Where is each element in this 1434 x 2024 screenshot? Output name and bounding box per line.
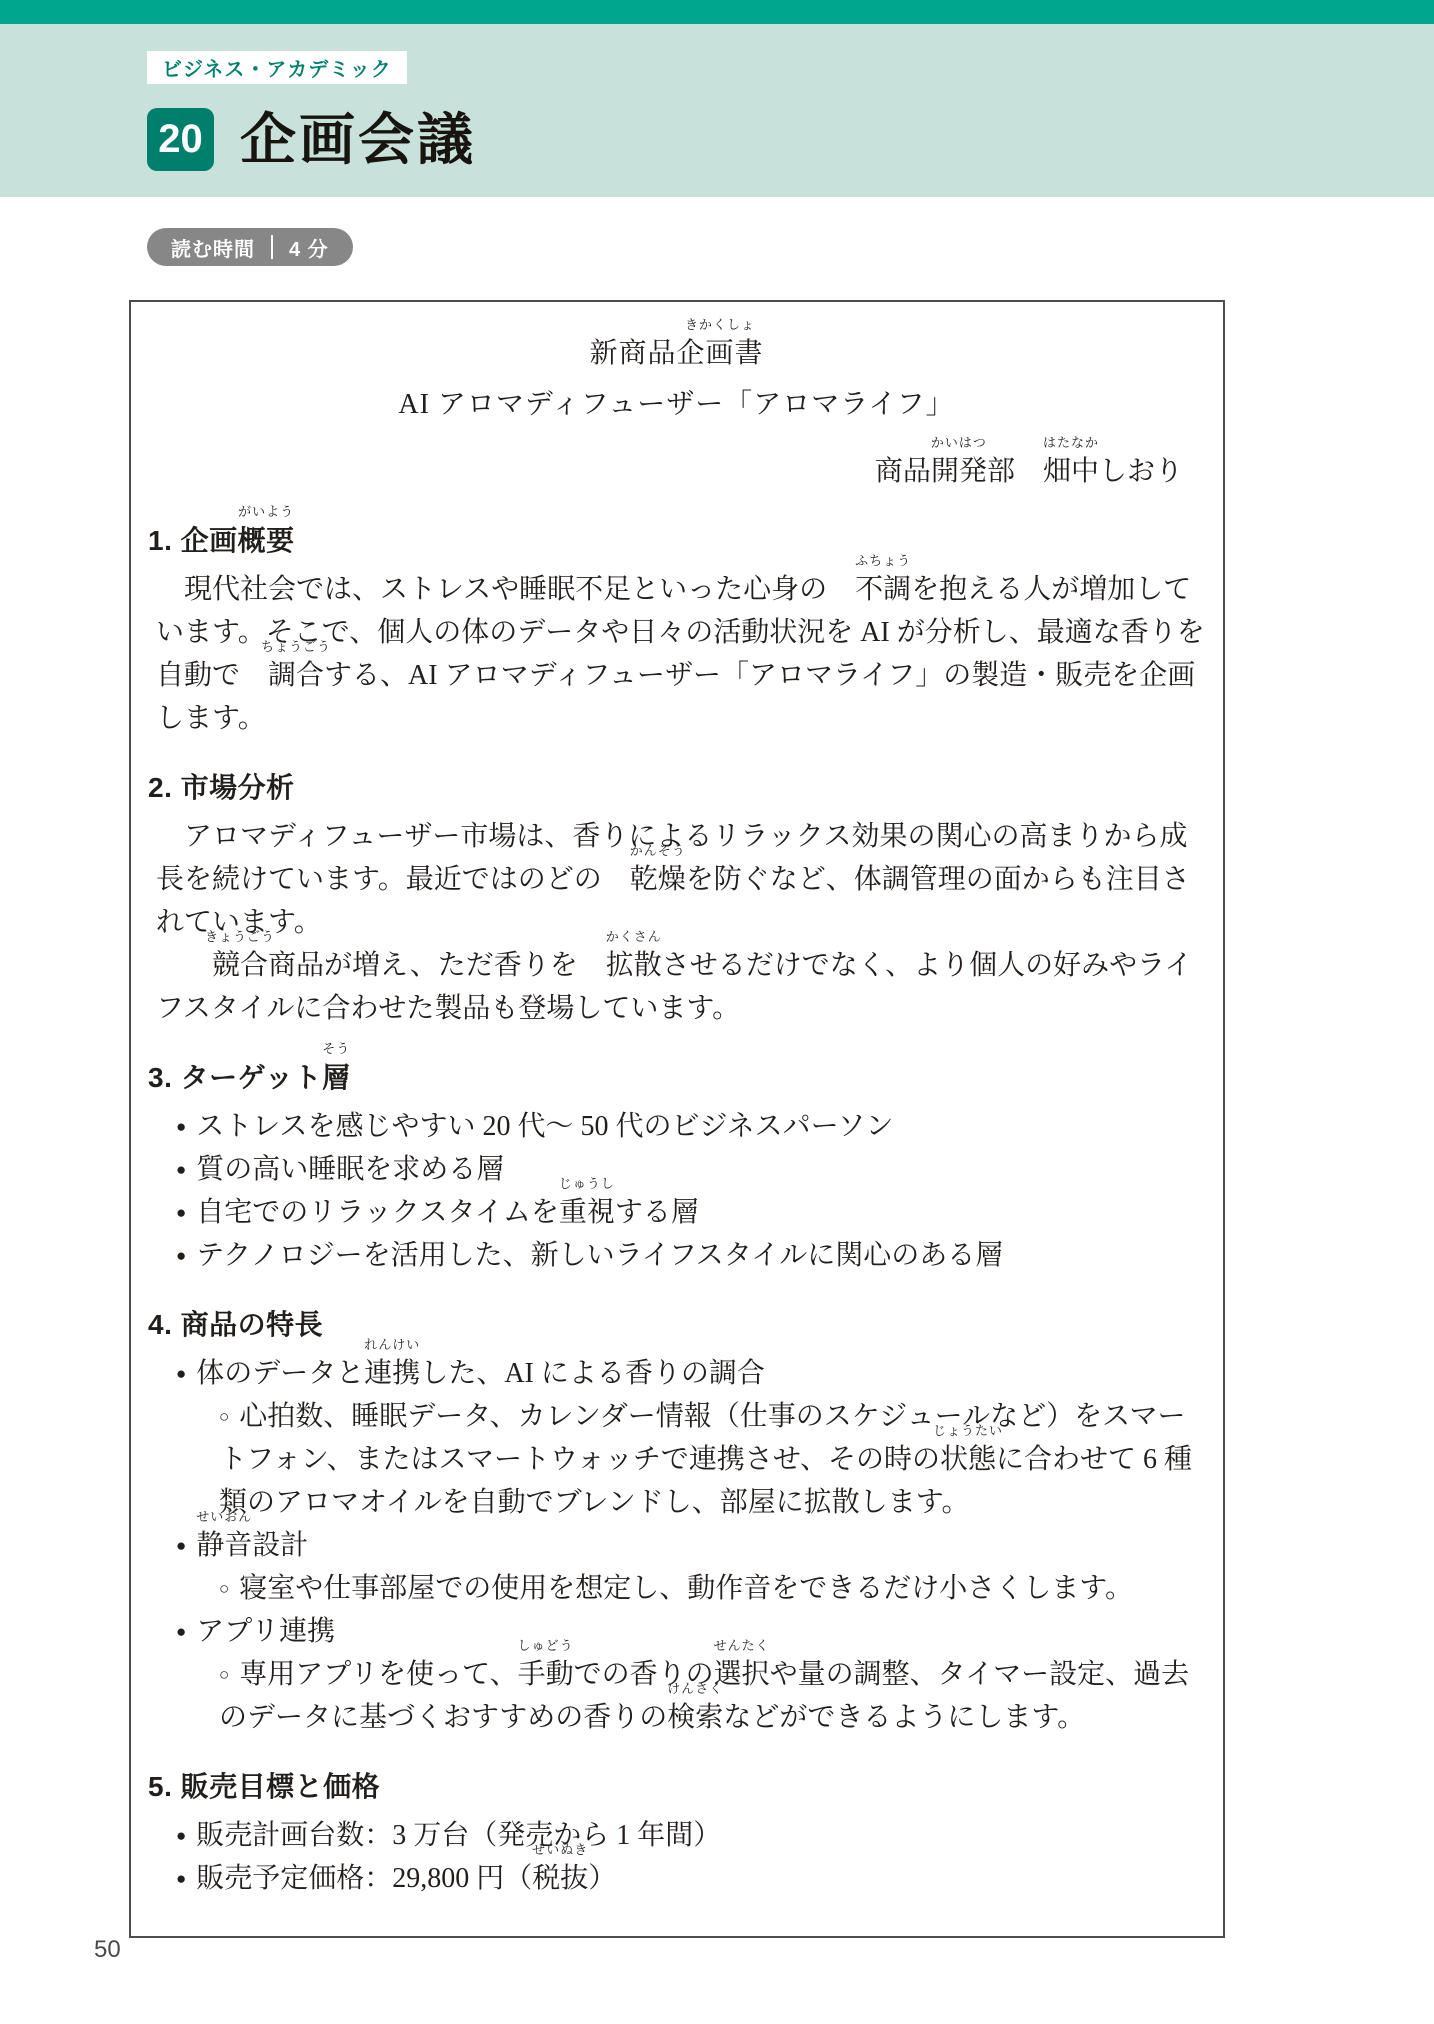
top-accent-bar (0, 0, 1434, 24)
lesson-header: 20 企画会議 (147, 108, 476, 171)
furigana: そう (322, 1042, 350, 1055)
bullet-item: ●体のデータとれんけい連携した、AI による香りの調合 (176, 1352, 1205, 1395)
ruby-word: れんけい連携 (364, 1352, 420, 1395)
bullet-item: ●アプリ連携 (176, 1610, 1205, 1653)
bullet-marker-icon: ● (176, 1246, 186, 1265)
doc-section: 1. 企画がいよう概要現代社会では、ストレスや睡眠不足といった心身のふちょう不調… (148, 519, 1205, 740)
lesson-number-badge: 20 (147, 108, 214, 171)
ruby-word: きかくしょ企画書 (677, 332, 764, 375)
bullet-marker-icon: ○ (219, 1407, 229, 1426)
category-label: ビジネス・アカデミック (162, 53, 392, 82)
bullet-marker-icon: ● (176, 1364, 186, 1383)
ruby-word: かくさん拡散 (578, 944, 662, 987)
doc-section: 3. ターゲットそう層●ストレスを感じやすい 20 代～ 50 代のビジネスパー… (148, 1056, 1205, 1277)
bullet-marker-icon: ● (176, 1203, 186, 1222)
paragraph: 現代社会では、ストレスや睡眠不足といった心身のふちょう不調を抱える人が増加してい… (156, 568, 1205, 740)
doc-subtitle: AI アロマディフューザー「アロマライフ」 (148, 383, 1205, 426)
ruby-word: じゅうし重視 (559, 1191, 615, 1234)
section-heading: 1. 企画がいよう概要 (148, 519, 1205, 562)
section-heading: 2. 市場分析 (148, 766, 1205, 809)
furigana: かんそう (602, 844, 686, 857)
paragraph: アロマディフューザー市場は、香りによるリラックス効果の関心の高まりから成長を続け… (156, 815, 1205, 944)
page-title: 企画会議 (240, 112, 476, 168)
ruby-word: がいよう概要 (238, 519, 295, 562)
bullet-marker-icon: ● (176, 1622, 186, 1641)
furigana: きかくしょ (685, 318, 755, 331)
ruby-word: しゅどう手動 (518, 1653, 574, 1696)
furigana: れんけい (364, 1338, 420, 1351)
ruby-word: かんそう乾燥 (602, 858, 686, 901)
ruby-word: ぜいぬき税抜 (532, 1857, 588, 1900)
ruby-word: ちょうごう調合 (240, 654, 324, 697)
sub-bullet-item: ○心拍数、睡眠データ、カレンダー情報（仕事のスケジュールなど）をスマートフォン、… (219, 1395, 1205, 1524)
page-number: 50 (94, 1936, 121, 1964)
section-heading: 5. 販売目標と価格 (148, 1765, 1205, 1808)
furigana: じょうたい (933, 1424, 1003, 1437)
category-badge: ビジネス・アカデミック (147, 51, 407, 84)
bullet-item: ●ストレスを感じやすい 20 代～ 50 代のビジネスパーソン (176, 1105, 1205, 1148)
section-heading: 4. 商品の特長 (148, 1303, 1205, 1346)
ruby-word: きょうごう競合 (184, 944, 268, 987)
furigana: しゅどう (518, 1639, 574, 1652)
doc-author: 商品かいはつ開発部 はたなか畑中しおり (148, 450, 1205, 493)
doc-title: 新商品きかくしょ企画書 (148, 332, 1205, 375)
furigana: ちょうごう (233, 640, 331, 653)
read-time-pill: 読む時間 4 分 (147, 228, 353, 266)
furigana: じゅうし (559, 1177, 615, 1190)
furigana: かいはつ (931, 436, 987, 449)
sub-bullet-item: ○専用アプリを使って、しゅどう手動での香りのせんたく選択や量の調整、タイマー設定… (219, 1653, 1205, 1739)
ruby-word: かいはつ開発 (931, 450, 987, 493)
furigana: ぜいぬき (532, 1843, 588, 1856)
read-time-label: 読む時間 (171, 233, 255, 262)
doc-section: 5. 販売目標と価格●販売計画台数：3 万台（発売から 1 年間）●販売予定価格… (148, 1765, 1205, 1900)
furigana: ふちょう (827, 554, 911, 567)
bullet-marker-icon: ● (176, 1536, 186, 1555)
bullet-item: ●販売予定価格：29,800 円（ぜいぬき税抜） (176, 1857, 1205, 1900)
furigana: がいよう (238, 505, 294, 518)
doc-section: 2. 市場分析アロマディフューザー市場は、香りによるリラックス効果の関心の高まり… (148, 766, 1205, 1030)
read-time-value: 4 分 (289, 233, 329, 262)
ruby-word: じょうたい状態 (940, 1438, 996, 1481)
bullet-item: ●質の高い睡眠を求める層 (176, 1148, 1205, 1191)
ruby-word: せいおん静音 (196, 1524, 252, 1567)
bullet-item: ●せいおん静音設計 (176, 1524, 1205, 1567)
furigana: せいおん (196, 1510, 252, 1523)
bullet-item: ●販売計画台数：3 万台（発売から 1 年間） (176, 1814, 1205, 1857)
furigana: せんたく (714, 1639, 770, 1652)
furigana: きょうごう (177, 930, 275, 943)
ruby-word: けんさく検索 (667, 1696, 723, 1739)
section-heading: 3. ターゲットそう層 (148, 1056, 1205, 1099)
document-box: 新商品きかくしょ企画書 AI アロマディフューザー「アロマライフ」 商品かいはつ… (129, 300, 1225, 1938)
bullet-marker-icon: ● (176, 1869, 186, 1888)
furigana: けんさく (667, 1682, 723, 1695)
ruby-word: ふちょう不調 (827, 568, 911, 611)
ruby-word: そう層 (322, 1056, 351, 1099)
bullet-item: ●テクノロジーを活用した、新しいライフスタイルに関心のある層 (176, 1234, 1205, 1277)
bullet-marker-icon: ● (176, 1160, 186, 1179)
bullet-marker-icon: ○ (219, 1579, 229, 1598)
ruby-word: はたなか畑中 (1043, 450, 1099, 493)
bullet-marker-icon: ● (176, 1117, 186, 1136)
bullet-marker-icon: ○ (219, 1665, 229, 1684)
furigana: かくさん (578, 930, 662, 943)
read-time-divider (271, 235, 273, 259)
sub-bullet-item: ○寝室や仕事部屋での使用を想定し、動作音をできるだけ小さくします。 (219, 1567, 1205, 1610)
bullet-item: ●自宅でのリラックスタイムをじゅうし重視する層 (176, 1191, 1205, 1234)
doc-sections: 1. 企画がいよう概要現代社会では、ストレスや睡眠不足といった心身のふちょう不調… (148, 519, 1205, 1900)
doc-section: 4. 商品の特長●体のデータとれんけい連携した、AI による香りの調合○心拍数、… (148, 1303, 1205, 1739)
bullet-marker-icon: ● (176, 1826, 186, 1845)
paragraph: きょうごう競合商品が増え、ただ香りをかくさん拡散させるだけでなく、より個人の好み… (156, 944, 1205, 1030)
furigana: はたなか (1043, 436, 1099, 449)
